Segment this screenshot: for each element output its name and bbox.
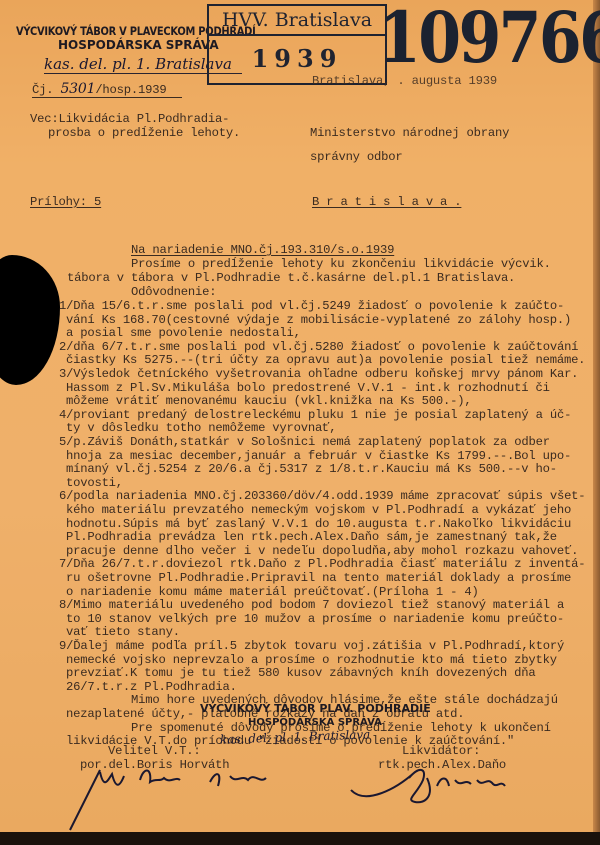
item-line: kého materiálu prevzatého nemeckým vojsk…	[66, 503, 571, 517]
reference-label: Čj.	[32, 83, 53, 97]
item-line: hodnotu.Súpis má byť zaslaný V.V.1 do 10…	[66, 517, 571, 531]
item-line-first: 2/dňa 6/7.t.r.sme poslali pod vl.čj.5280…	[59, 340, 578, 354]
item-line: to 10 stanov velkých pre 10 mužov a pros…	[66, 612, 564, 626]
registry-stamp: HVV. Bratislava 1939	[207, 4, 387, 85]
subject-line2: prosba o predĺženie lehoty.	[48, 126, 240, 140]
registry-office: HVV. Bratislava	[209, 6, 385, 36]
reference-line: Čj. 5301/hosp.1939	[32, 82, 182, 98]
item-line: o nariadenie komu máme materiál preúčtov…	[66, 585, 479, 599]
item-line: Pl.Podhradia prevádza len rtk.pech.Alex.…	[66, 530, 557, 544]
intro-line: Prosíme o predĺženie lehoty ku zkončeniu…	[131, 257, 551, 271]
header-stamp-line2: HOSPODÁRSKA SPRÁVA	[58, 38, 219, 52]
intro-line: Odôvodnenie:	[131, 285, 216, 299]
item-line-first: 1/Dňa 15/6.t.r.sme poslali pod vl.čj.524…	[59, 299, 564, 313]
footer-stamp-line1: VÝCVIKOVÝ TÁBOR PLAV. PODHRADIE	[200, 702, 431, 715]
item-line-first: 7/Dňa 26/7.t.r.doviezol rtk.Daňo z Pl.Po…	[59, 557, 585, 571]
item-line: hnoja za mesiac december,január a februá…	[66, 449, 571, 463]
addressee-line1: Ministerstvo národnej obrany	[310, 126, 509, 140]
footer-stamp-line2: HOSPODÁRSKA SPRÁVA	[248, 717, 382, 728]
item-line: Hassom z Pl.Sv.Mikuláša bolo predostrené…	[66, 381, 550, 395]
reference-number: 5301	[60, 81, 95, 97]
addressee-line2: správny odbor	[310, 150, 402, 164]
subject-line1: Vec:Likvidácia Pl.Podhradia-	[30, 112, 229, 126]
left-signature	[60, 760, 300, 840]
body-heading: Na nariadenie MNO.čj.193.310/s.o.1939	[131, 243, 394, 257]
intro-line-text: tábora v Pl.Podhradie t.č.kasárne del.pl…	[131, 271, 515, 285]
item-line: mínaný vl.čj.5254 z 20/6.a čj.5317 z 1/8…	[66, 462, 557, 476]
addressee-city: B r a t i s l a v a .	[312, 195, 461, 209]
attachments: Prílohy: 5	[30, 195, 101, 209]
item-line: nemecké vojsko neprevzalo a prosíme o ro…	[66, 653, 557, 667]
item-line: tovosti,	[66, 476, 123, 490]
item-line: čiastky Ks 5275.--(tri účty za opravu au…	[66, 353, 585, 367]
item-line: prevziať.K tomu je tu tiež 580 kusov záb…	[66, 666, 536, 680]
item-line: pracuje denne dlho večer i v nedeľu dopo…	[66, 544, 578, 558]
item-line: a posial sme povolenie nedostali,	[66, 326, 301, 340]
item-line: ty v dôsledku totho nemôžeme vyrovnať,	[66, 421, 336, 435]
right-signer-role: Likvidátor:	[402, 744, 480, 758]
left-signer-role: Velitel V.T.:	[108, 744, 200, 758]
intro-line: tábora v tábora v Pl.Podhradie t.č.kasár…	[67, 271, 515, 285]
registry-number: 109766	[378, 0, 600, 79]
date-line: Bratislava, . augusta 1939	[312, 74, 497, 88]
item-line-first: 9/Ďalej máme podľa príl.5 zbytok tovaru …	[59, 639, 564, 653]
item-line: ru ošetrovne Pl.Podhradie.Pripravil na t…	[66, 571, 571, 585]
reference-suffix: /hosp.1939	[95, 83, 166, 97]
item-line-first: 3/Výsledok četníckého vyšetrovania ohľad…	[59, 367, 578, 381]
item-line: môžeme vrátiť menovanému kauciu (vkl.kni…	[66, 394, 471, 408]
right-signature	[345, 760, 535, 820]
item-line-first: 8/Mimo materiálu uvedeného pod bodom 7 d…	[59, 598, 564, 612]
item-line: vání Ks 168.70(cestovné výdaje z mobilis…	[66, 313, 571, 327]
item-line-first: 5/p.Záviš Donáth,statkár v Sološnici nem…	[59, 435, 550, 449]
item-line: vať tieto stany.	[66, 625, 180, 639]
item-line: 26/7.t.r.z Pl.Podhradia.	[66, 680, 237, 694]
page-edge	[593, 0, 600, 832]
item-line-first: 6/podla nariadenia MNO.čj.203360/döv/4.o…	[59, 489, 585, 503]
item-line-first: 4/proviant predaný delostreleckému pluku…	[59, 408, 571, 422]
